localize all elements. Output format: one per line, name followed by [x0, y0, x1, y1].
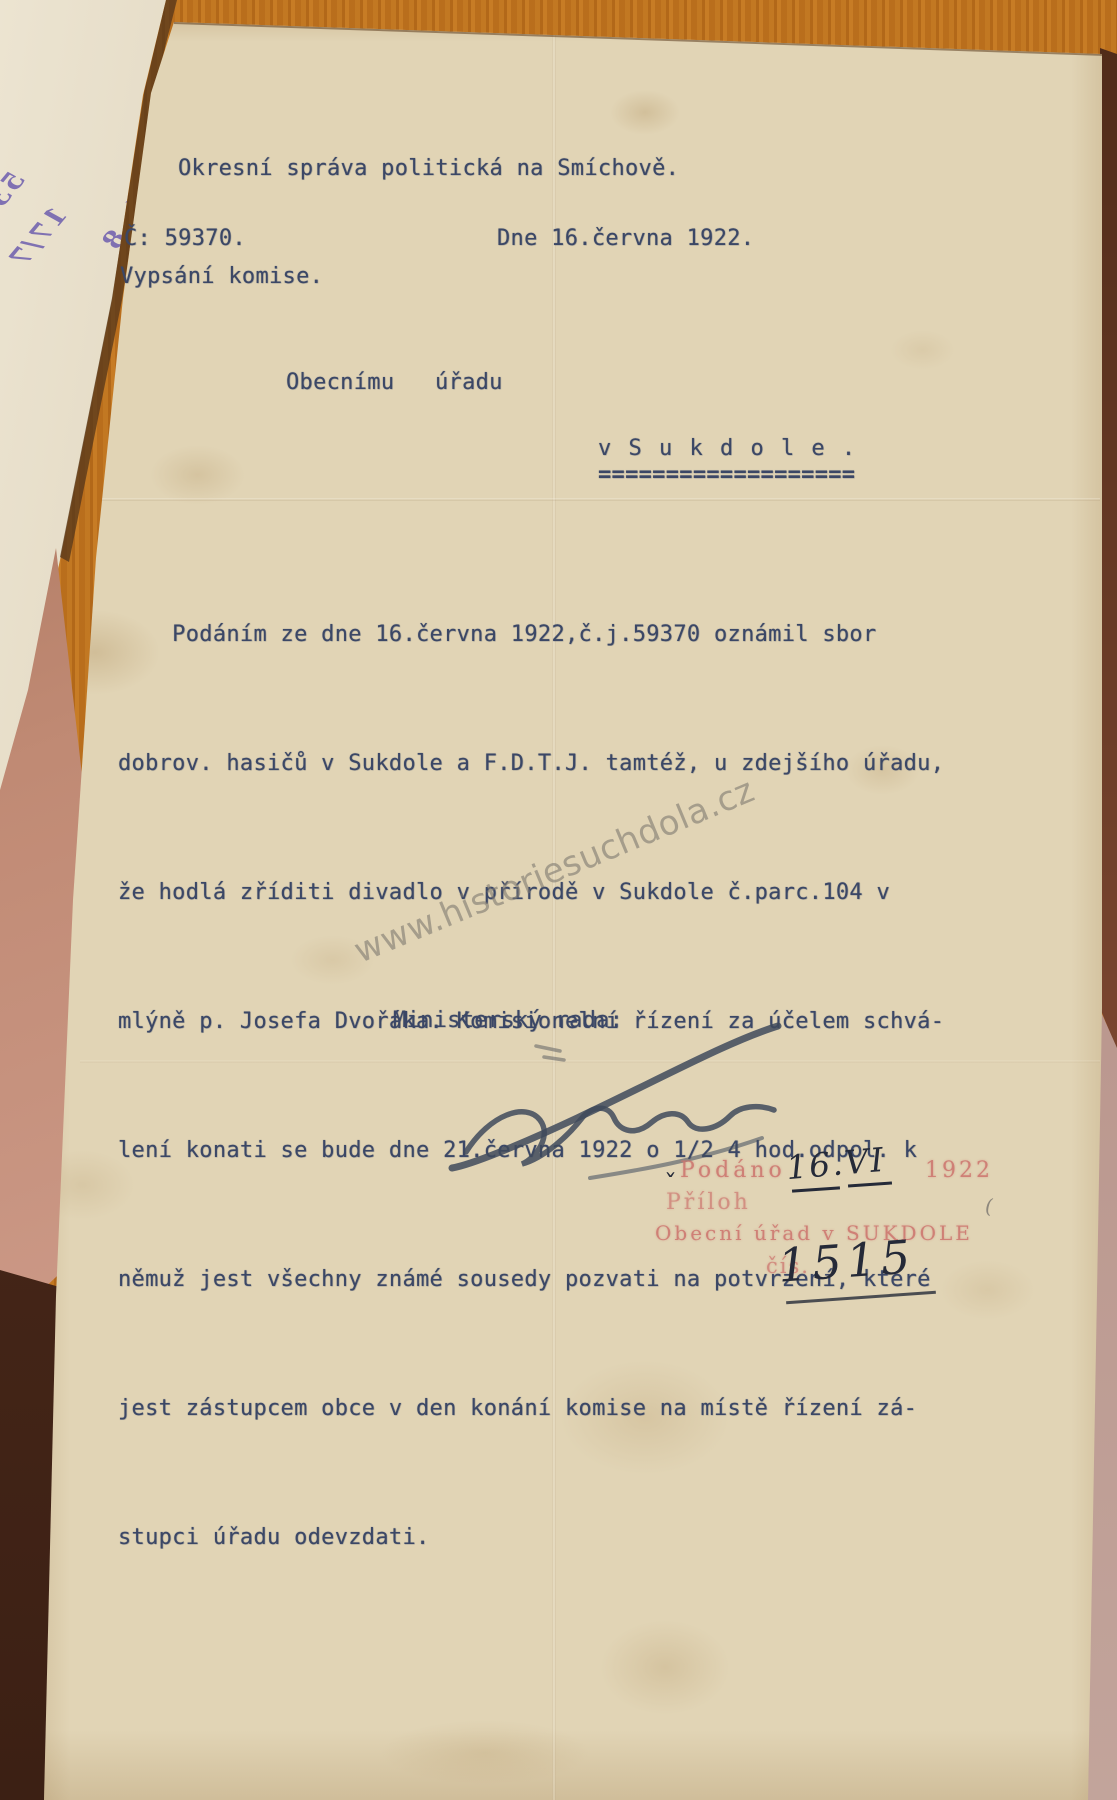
recipient-place-underline: ===================	[598, 462, 855, 487]
archival-document-photo: 5337 17/7 Č: 8 Okresní správa politická …	[0, 0, 1117, 1800]
body-line: Podáním ze dne 16.června 1922,č.j.59370 …	[118, 613, 944, 656]
stamp-year: 1922	[925, 1158, 993, 1183]
body-line: stupci úřadu odevzdati.	[118, 1516, 944, 1559]
pencil-mark: (	[985, 1194, 993, 1218]
letterhead-office-name: Okresní správa politická na Smíchově.	[178, 156, 679, 181]
filing-note-line2: 17/7	[4, 201, 73, 275]
subject-line: Vypsání komise.	[120, 264, 323, 289]
body-line: jest zástupcem obce v den konání komise …	[118, 1387, 944, 1430]
handwritten-filing-number: 1515	[776, 1229, 917, 1292]
body-line: dobrov. hasičů v Sukdole a F.D.T.J. tamt…	[118, 742, 944, 785]
reference-number: Č: 59370.	[124, 226, 246, 251]
horizontal-fold-crease	[100, 498, 1100, 501]
recipient-place: v S u k d o l e .	[598, 436, 857, 461]
stamp-attachments-label: Příloh	[666, 1190, 751, 1215]
handwritten-caron-mark: ˇ	[664, 1170, 677, 1200]
recipient-line: Obecnímu úřadu	[286, 370, 503, 395]
stamp-received-label: Podáno	[680, 1158, 786, 1183]
date-line: Dne 16.června 1922.	[497, 226, 754, 251]
